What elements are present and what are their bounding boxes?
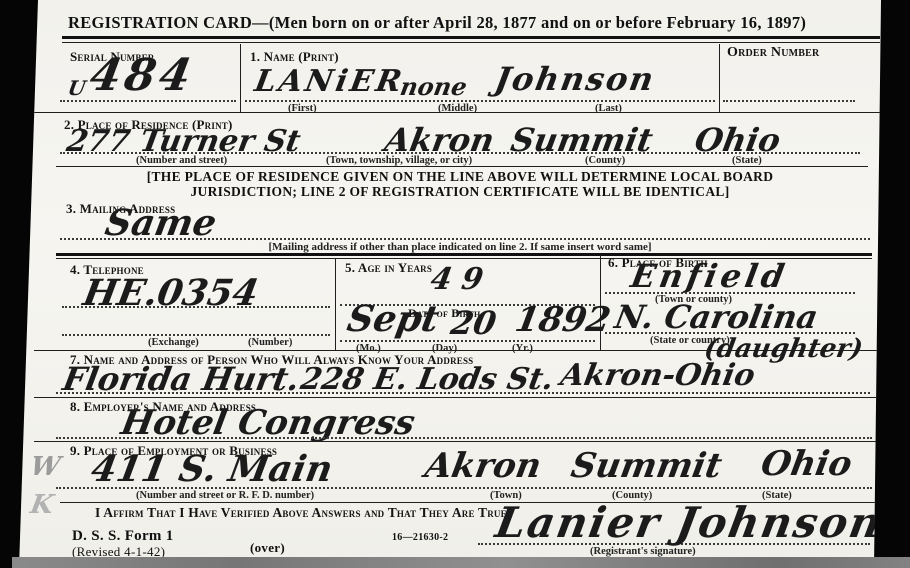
residence-street-sublabel: (Number and street): [136, 155, 227, 166]
name-middle-value: none: [398, 72, 469, 101]
order-number-label: Order Number: [727, 45, 819, 61]
telephone-number-sublabel: (Number): [248, 337, 292, 348]
serial-number-value: 484: [86, 50, 199, 101]
dob-month-value: Sept: [344, 298, 442, 340]
residence-dotted-line: [60, 152, 860, 154]
employment-town-value: Akron: [422, 446, 544, 486]
mailing-rule-thick: [56, 253, 872, 256]
jurisdiction-notice-line1: [THE PLACE OF RESIDENCE GIVEN ON THE LIN…: [60, 169, 860, 185]
row1-bottom-rule: [34, 112, 882, 113]
telephone-exchange-sublabel: (Exchange): [148, 337, 199, 348]
divider-serial-name: [240, 44, 241, 112]
employer-dotted-line: [56, 437, 872, 439]
name-last-value: Johnson: [492, 60, 658, 98]
dob-day-value: 20: [448, 304, 499, 342]
contact-dotted-line: [56, 392, 870, 394]
name-first-value: LANiER: [252, 64, 407, 99]
margin-mark-w: W: [28, 452, 62, 482]
margin-mark-k: K: [28, 490, 56, 520]
employer-bottom-rule: [34, 441, 884, 442]
divider-telephone-age: [335, 259, 336, 350]
employment-state-value: Ohio: [758, 444, 855, 484]
residence-bottom-rule: [56, 166, 868, 167]
employment-county-value: Summit: [568, 446, 725, 486]
card-title: REGISTRATION CARD—(Men born on or after …: [68, 13, 806, 33]
employment-dotted-line: [56, 487, 872, 489]
dob-year-sublabel: (Yr.): [512, 343, 533, 354]
serial-dotted-line: [60, 100, 236, 102]
residence-county-sublabel: (County): [585, 155, 625, 166]
residence-state-sublabel: (State): [732, 155, 762, 166]
name-dotted-line: [245, 100, 715, 102]
name-field-label: 1. Name (Print): [250, 49, 339, 65]
serial-number-prefix: U: [66, 76, 88, 100]
card-paper: REGISTRATION CARD—(Men born on or after …: [0, 0, 910, 568]
employment-street-value: 411 S. Main: [88, 448, 336, 490]
dob-dotted-line: [340, 340, 595, 342]
age-value: 49: [428, 262, 496, 297]
jurisdiction-notice-line2: JURISDICTION; LINE 2 OF REGISTRATION CER…: [60, 184, 860, 200]
order-dotted-line: [723, 100, 855, 102]
print-code: 16—21630-2: [392, 532, 448, 543]
scan-bottom-edge: [12, 557, 910, 568]
mailing-hint: [Mailing address if other than place ind…: [60, 241, 860, 253]
over-note: (over): [250, 540, 285, 556]
birth-relationship-note: (daughter): [702, 334, 865, 364]
dob-year-value: 1892: [512, 300, 614, 340]
birth-state-value: N. Carolina: [612, 298, 821, 336]
contact-bottom-rule: [34, 397, 882, 398]
form-number: D. S. S. Form 1: [72, 528, 174, 545]
birth-town-value: Enfield: [628, 257, 791, 295]
age-label: 5. Age in Years: [345, 260, 432, 276]
divider-name-order: [719, 44, 720, 112]
telephone-dotted-line1: [62, 306, 330, 308]
employment-street-sublabel: (Number and street or R. F. D. number): [136, 490, 314, 501]
scanned-registration-card: REGISTRATION CARD—(Men born on or after …: [0, 0, 910, 568]
residence-town-sublabel: (Town, township, village, or city): [326, 155, 472, 166]
affirmation-statement: I Affirm That I Have Verified Above Answ…: [95, 505, 510, 521]
telephone-dotted-line2: [62, 334, 330, 336]
header-rule-thick: [62, 36, 880, 39]
mailing-dotted-line: [60, 238, 870, 240]
registrant-signature: Lanier Johnson: [492, 498, 887, 547]
header-rule-thin: [62, 42, 880, 43]
signature-sublabel: (Registrant's signature): [590, 546, 696, 557]
